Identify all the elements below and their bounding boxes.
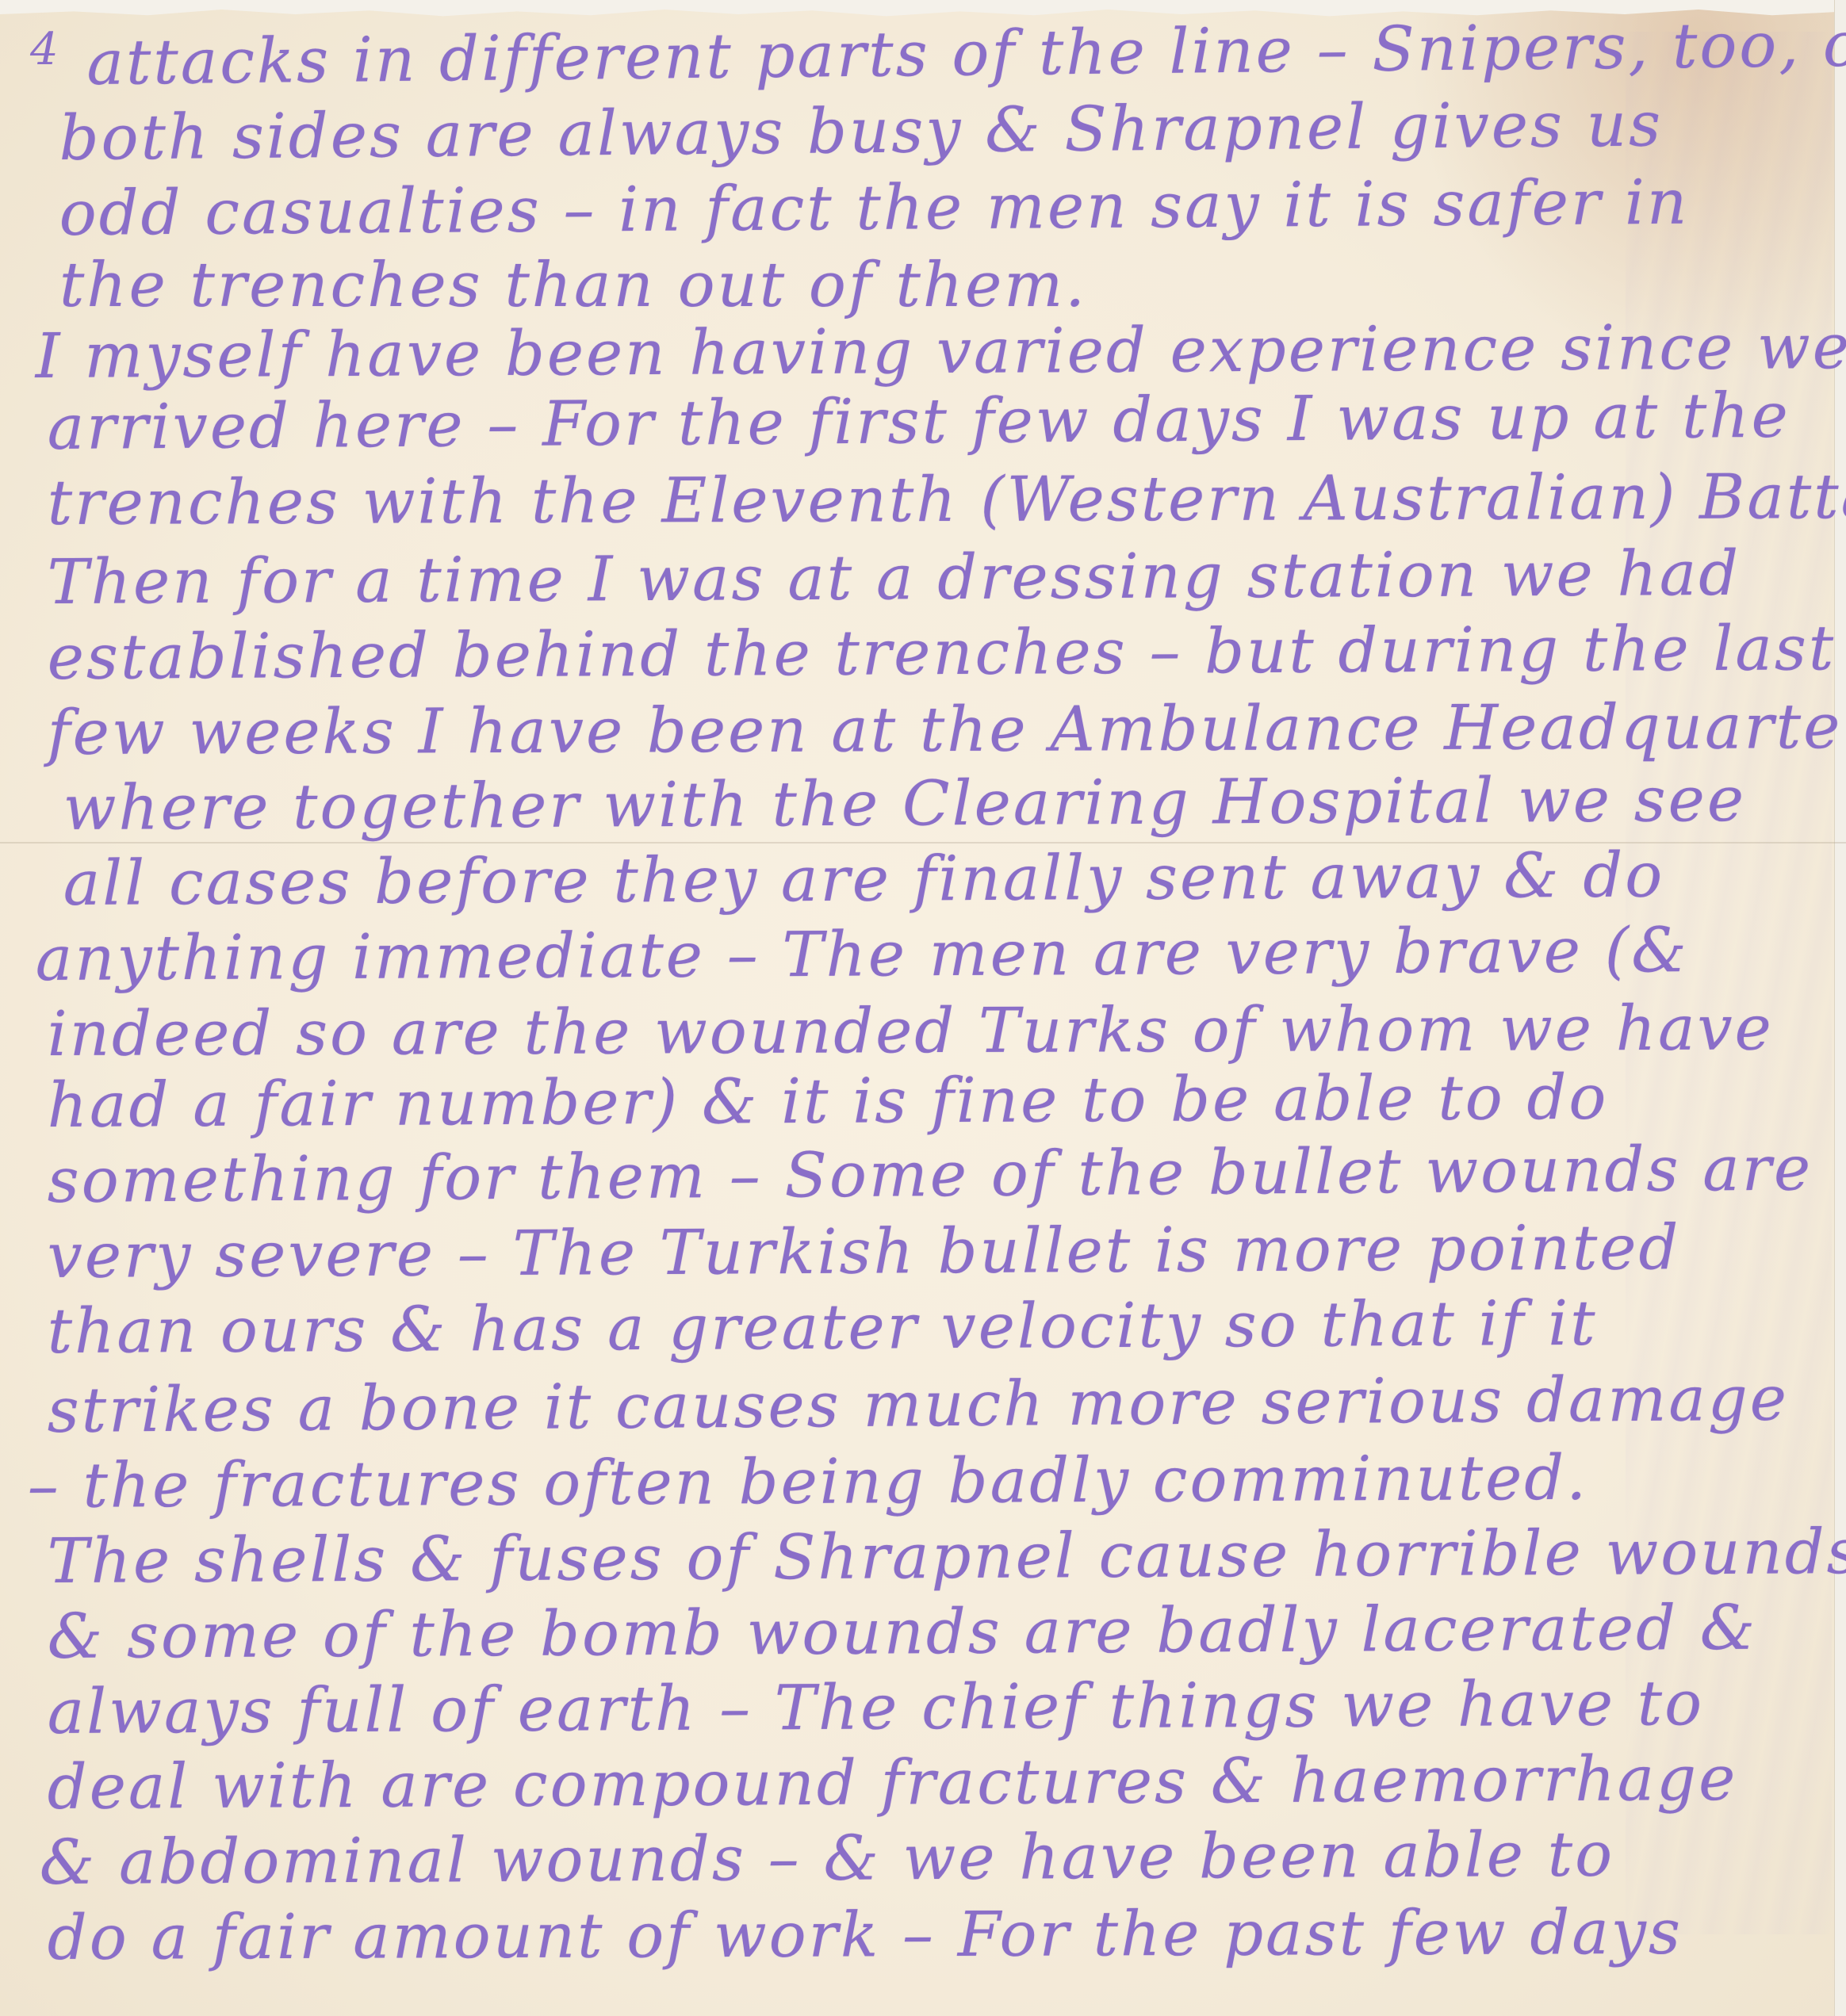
letter-line: the trenches than out of them. — [59, 250, 1087, 321]
letter-line: had a fair number) & it is fine to be ab… — [48, 1062, 1609, 1142]
letter-line: few weeks I have been at the Ambulance H… — [48, 691, 1846, 769]
letter-line: all cases before they are finally sent a… — [63, 840, 1665, 920]
letter-line: established behind the trenches – but du… — [48, 613, 1836, 694]
letter-line: very severe – The Turkish bullet is more… — [48, 1212, 1681, 1292]
letter-line: I myself have been having varied experie… — [36, 312, 1846, 392]
letter-line: arrived here – For the first few days I … — [47, 381, 1790, 464]
letter-line: odd casualties – in fact the men say it … — [59, 167, 1689, 250]
letter-line: anything immediate – The men are very br… — [36, 915, 1689, 995]
letter-line: where together with the Clearing Hospita… — [63, 764, 1747, 844]
letter-line: indeed so are the wounded Turks of whom … — [48, 993, 1774, 1070]
letter-body: attacks in different parts of the line –… — [0, 0, 1846, 2016]
letter-line: trenches with the Eleventh (Western Aust… — [48, 461, 1846, 539]
letter-line: – the fractures often being badly commin… — [28, 1443, 1589, 1522]
letter-line: do a fair amount of work – For the past … — [48, 1897, 1683, 1974]
letter-line: & some of the bomb wounds are badly lace… — [48, 1593, 1758, 1673]
letter-line: & abdominal wounds – & we have been able… — [40, 1819, 1615, 1899]
letter-page: 4 attacks in different parts of the line… — [0, 0, 1846, 2016]
letter-line: Then for a time I was at a dressing stat… — [48, 538, 1741, 618]
letter-line: strikes a bone it causes much more serio… — [47, 1364, 1789, 1447]
letter-line: something for them – Some of the bullet … — [47, 1133, 1813, 1217]
letter-line: The shells & fuses of Shrapnel cause hor… — [48, 1517, 1846, 1597]
letter-line: deal with are compound fractures & haemo… — [48, 1743, 1738, 1823]
letter-line: than ours & has a greater velocity so th… — [48, 1288, 1598, 1368]
letter-line: attacks in different parts of the line –… — [86, 9, 1846, 99]
letter-line: both sides are always busy & Shrapnel gi… — [59, 89, 1663, 174]
letter-line: always full of earth – The chief things … — [48, 1668, 1705, 1748]
